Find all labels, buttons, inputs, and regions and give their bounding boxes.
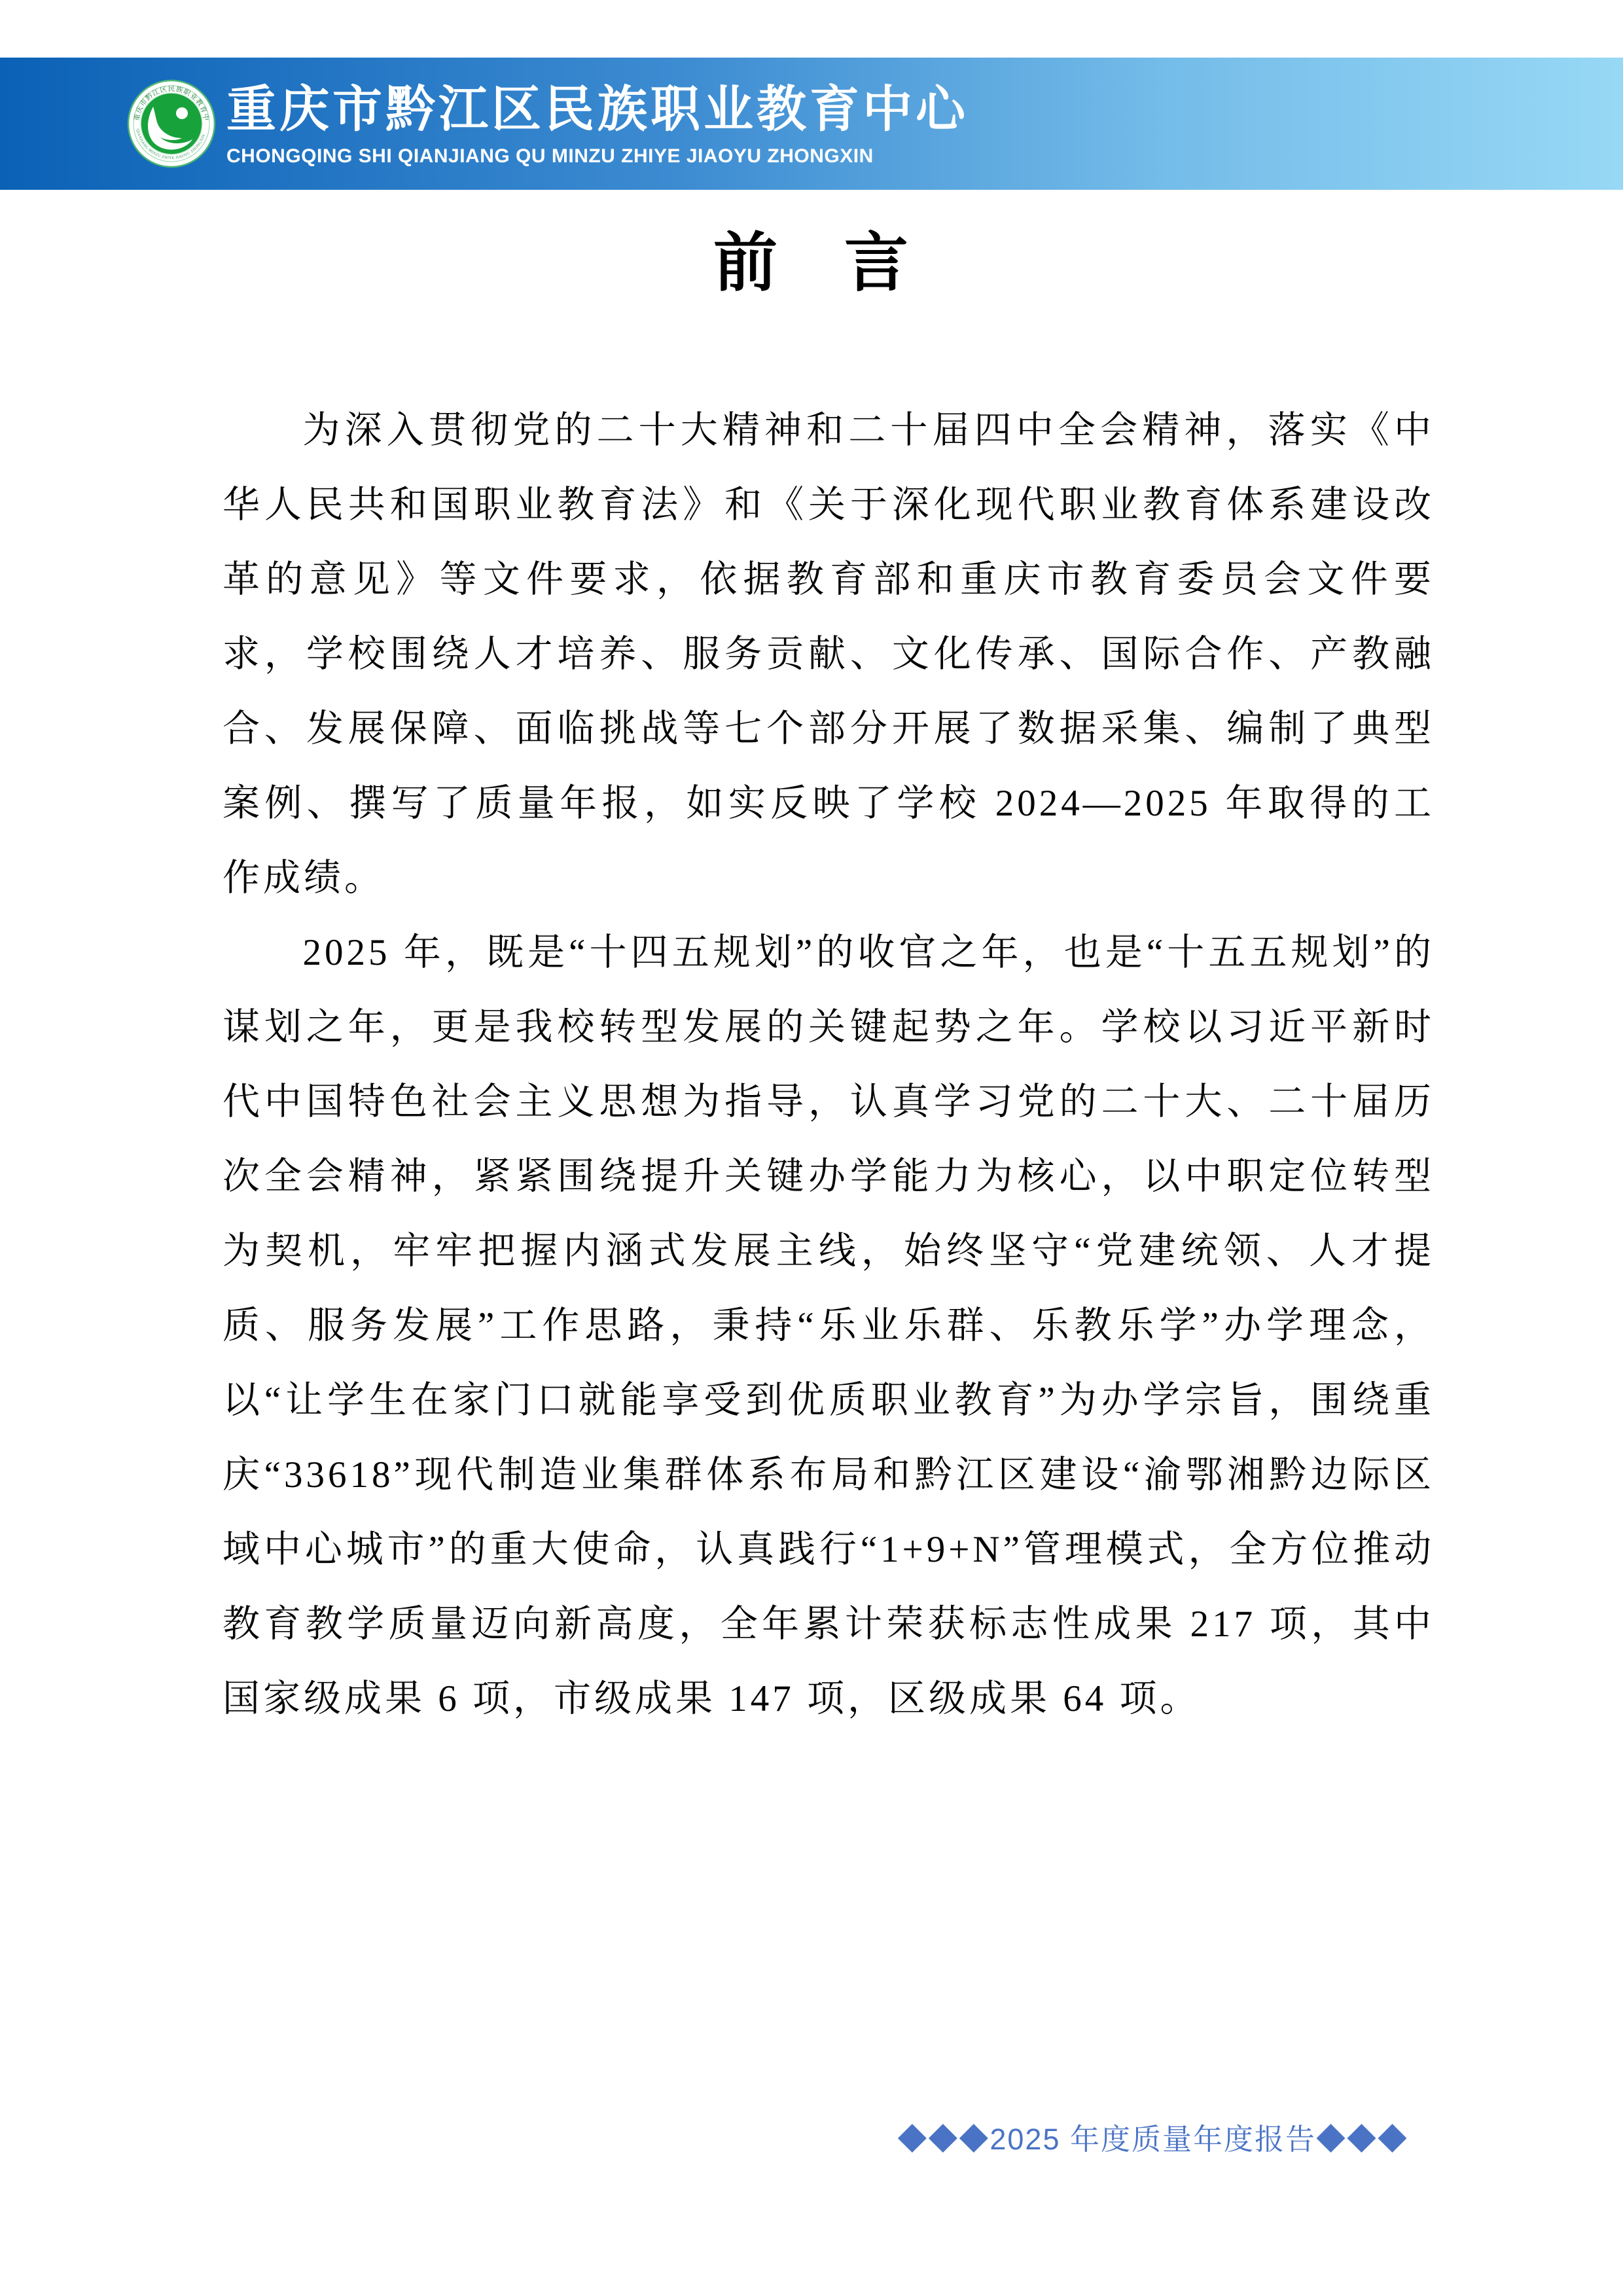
school-logo: 重庆市黔江区民族职业教育中心 QIANJIANG MINZU ZHIYE JIA… (127, 79, 216, 168)
logo-figure-head (176, 107, 188, 119)
preface-paragraph-2: 2025 年，既是“十四五规划”的收官之年，也是“十五五规划”的谋划之年，更是我… (223, 916, 1435, 1736)
preface-body: 为深入贯彻党的二十大精神和二十届四中全会精神，落实《中华人民共和国职业教育法》和… (223, 393, 1435, 1736)
school-emblem-icon: 重庆市黔江区民族职业教育中心 QIANJIANG MINZU ZHIYE JIA… (127, 79, 216, 168)
page-header-band: 重庆市黔江区民族职业教育中心 QIANJIANG MINZU ZHIYE JIA… (0, 58, 1623, 190)
preface-paragraph-1: 为深入贯彻党的二十大精神和二十届四中全会精神，落实《中华人民共和国职业教育法》和… (223, 393, 1435, 916)
school-name-block: 重庆市黔江区民族职业教育中心 CHONGQING SHI QIANJIANG Q… (226, 82, 969, 168)
page-footer: ◆◆◆2025 年度质量年度报告◆◆◆ (897, 2122, 1408, 2157)
page-title: 前 言 (0, 225, 1623, 302)
school-name-chinese: 重庆市黔江区民族职业教育中心 (226, 82, 969, 137)
school-name-pinyin: CHONGQING SHI QIANJIANG QU MINZU ZHIYE J… (226, 145, 969, 168)
report-page: 重庆市黔江区民族职业教育中心 QIANJIANG MINZU ZHIYE JIA… (0, 0, 1623, 2296)
footer-text: ◆◆◆2025 年度质量年度报告◆◆◆ (897, 2123, 1408, 2156)
